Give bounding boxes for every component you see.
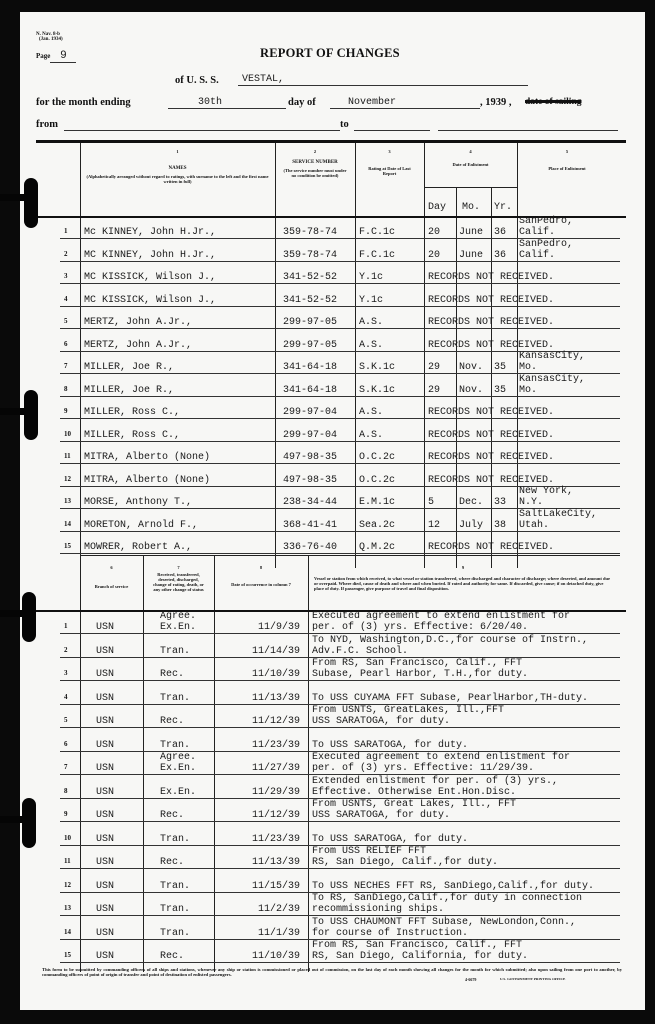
enlist-month-cell: Nov.: [459, 362, 483, 373]
enlist-place-line1: SaltLakeCity,: [519, 509, 597, 520]
to-label: to: [340, 119, 349, 130]
service-number-cell: 341-52-52: [283, 295, 337, 306]
detail-line1: From USS RELIEF FFT: [312, 846, 426, 857]
branch-cell: USN: [96, 834, 114, 845]
row-number: 11: [64, 857, 71, 865]
col-divider: [424, 143, 425, 568]
enlist-place-line2: N.Y.: [519, 497, 543, 508]
detail-line1: To NYD, Washington,D.C.,for course of In…: [312, 635, 588, 646]
page-indicator: Page9: [36, 50, 76, 63]
col6-title: Branch of service: [80, 584, 143, 589]
col3-header: 3 Rating at Date of Last Report: [355, 149, 424, 176]
change-type-cell: Ex.En.: [160, 622, 196, 633]
enlist-place-line1: KansasCity,: [519, 374, 585, 385]
col1-num: 1: [80, 149, 275, 154]
enlist-place-line2: Utah.: [519, 520, 549, 531]
occurrence-date-cell: 11/10/39: [230, 951, 300, 962]
col4-day-header: Day: [428, 202, 446, 213]
change-type-cell: Tran.: [160, 693, 190, 704]
name-cell: MORSE, Anthony T.,: [84, 497, 192, 508]
detail-line1: To RS, SanDiego,Calif.,for duty in conne…: [312, 893, 582, 904]
enlist-place-line1: KansasCity,: [519, 351, 585, 362]
col2-num: 2: [275, 149, 355, 154]
occurrence-date-cell: 11/1/39: [230, 928, 300, 939]
row-number: 14: [64, 520, 71, 528]
change-type-cell: Rec.: [160, 716, 184, 727]
col9-header: 9 Vessel or station from which received,…: [308, 565, 618, 591]
col9-title: Vessel or station from which received, t…: [308, 576, 618, 591]
branch-cell: USN: [96, 763, 114, 774]
col6-num: 6: [80, 565, 143, 570]
row-underline: [60, 821, 620, 822]
col9-num: 9: [308, 565, 618, 570]
branch-cell: USN: [96, 693, 114, 704]
row-number: 2: [64, 646, 68, 654]
change-type-cell: Rec.: [160, 857, 184, 868]
detail-line1: To USS CHAUMONT FFT Subase, NewLondon,Co…: [312, 917, 576, 928]
name-cell: MILLER, Joe R.,: [84, 385, 174, 396]
rating-cell: F.C.1c: [359, 250, 395, 261]
occurrence-date-cell: 11/12/39: [230, 810, 300, 821]
row-number: 8: [64, 385, 68, 393]
detail-line1: Executed agreement to extend enlistment …: [312, 611, 570, 622]
enlist-day-cell: 29: [428, 385, 440, 396]
row-number: 10: [64, 430, 71, 438]
detail-line2: To USS CUYAMA FFT Subase, PearlHarbor,TH…: [312, 693, 588, 704]
rating-cell: O.C.2c: [359, 475, 395, 486]
detail-line2: Subase, Pearl Harbor, T.H.,for duty.: [312, 669, 528, 680]
col3-num: 3: [355, 149, 424, 154]
name-cell: MERTZ, John A.Jr.,: [84, 317, 192, 328]
name-cell: MILLER, Ross C.,: [84, 430, 180, 441]
row-number: 13: [64, 497, 71, 505]
row-underline: [60, 531, 620, 532]
document-page: N. Nav. 8-b (Jan. 1934) Page9 REPORT OF …: [20, 12, 645, 1010]
branch-cell: USN: [96, 740, 114, 751]
row-underline: [60, 680, 620, 681]
service-number-cell: 341-52-52: [283, 272, 337, 283]
col2-title: SERVICE NUMBER: [275, 160, 355, 165]
rating-cell: A.S.: [359, 430, 383, 441]
occurrence-date-cell: 11/9/39: [230, 622, 300, 633]
detail-line1: From RS, San Francisco, Calif., FFT: [312, 940, 522, 951]
service-number-cell: 336-76-40: [283, 542, 337, 553]
occurrence-date-cell: 11/2/39: [230, 904, 300, 915]
row-underline: [60, 553, 620, 554]
enlist-place-line1: SanPedro,: [519, 239, 573, 250]
occurrence-date-cell: 11/10/39: [230, 669, 300, 680]
day-value: 30th: [168, 97, 222, 108]
name-cell: MITRA, Alberto (None): [84, 452, 210, 463]
row-number: 1: [64, 227, 68, 235]
enlist-place-line2: Mo.: [519, 362, 537, 373]
records-status-cell: RECORDS NOT RECEIVED.: [428, 272, 554, 283]
row-number: 6: [64, 340, 68, 348]
enlist-month-cell: Dec.: [459, 497, 483, 508]
col-divider: [456, 187, 457, 568]
detail-line2: RS, San Diego, California, for duty.: [312, 951, 528, 962]
col7-title: Received, transferred, deserted, dischar…: [143, 572, 214, 592]
records-status-cell: RECORDS NOT RECEIVED.: [428, 475, 554, 486]
enlist-day-cell: 5: [428, 497, 434, 508]
branch-cell: USN: [96, 857, 114, 868]
rating-cell: S.K.1c: [359, 385, 395, 396]
day-field: 30th: [168, 97, 286, 109]
enlist-month-cell: June: [459, 227, 483, 238]
service-number-cell: 359-78-74: [283, 250, 337, 261]
detail-line1: From USNTS, GreatLakes, Ill.,FFT: [312, 705, 504, 716]
row-number: 3: [64, 272, 68, 280]
enlist-year-cell: 36: [494, 227, 506, 238]
rating-cell: Q.M.2c: [359, 542, 395, 553]
binder-hole-icon: [24, 178, 38, 228]
from-field: [64, 130, 340, 131]
col2-header: 2 SERVICE NUMBER (The service number mus…: [275, 149, 355, 178]
rating-cell: Y.1c: [359, 272, 383, 283]
name-cell: MORETON, Arnold F.,: [84, 520, 198, 531]
service-number-cell: 299-97-04: [283, 430, 337, 441]
change-type-cell: Tran.: [160, 881, 190, 892]
records-status-cell: RECORDS NOT RECEIVED.: [428, 317, 554, 328]
row-number: 11: [64, 452, 71, 460]
enlist-month-cell: June: [459, 250, 483, 261]
rating-cell: Sea.2c: [359, 520, 395, 531]
rating-cell: S.K.1c: [359, 362, 395, 373]
records-status-cell: RECORDS NOT RECEIVED.: [428, 340, 554, 351]
footer-text: This form to be submitted by commanding …: [42, 967, 622, 977]
row-number: 15: [64, 951, 71, 959]
records-status-cell: RECORDS NOT RECEIVED.: [428, 542, 554, 553]
binder-hole-icon: [22, 798, 36, 848]
row-number: 7: [64, 362, 68, 370]
change-type-cell: Tran.: [160, 740, 190, 751]
month-field: November: [330, 97, 480, 109]
change-line1: Agree.: [160, 752, 196, 763]
change-type-cell: Tran.: [160, 928, 190, 939]
struck-text: date of sailing: [525, 97, 581, 107]
occurrence-date-cell: 11/15/39: [230, 881, 300, 892]
rating-cell: F.C.1c: [359, 227, 395, 238]
col4-title: Date of Enlistment: [424, 162, 517, 167]
change-type-cell: Tran.: [160, 646, 190, 657]
page-title: REPORT OF CHANGES: [260, 46, 400, 61]
occurrence-date-cell: 11/14/39: [230, 646, 300, 657]
occurrence-date-cell: 11/13/39: [230, 693, 300, 704]
row-number: 3: [64, 669, 68, 677]
col-divider: [517, 143, 518, 568]
branch-cell: USN: [96, 646, 114, 657]
col-divider: [275, 143, 276, 568]
row-number: 5: [64, 716, 68, 724]
footer-instructions: This form to be submitted by commanding …: [42, 967, 622, 977]
detail-line1: Extended enlistment for per. of (3) yrs.…: [312, 776, 558, 787]
detail-line2: per. of (3) yrs. Effective: 6/20/40.: [312, 622, 528, 633]
detail-line2: Effective. Otherwise Ent.Hon.Disc.: [312, 787, 516, 798]
detail-line1: From RS, San Francisco, Calif., FFT: [312, 658, 522, 669]
col8-title: Date of occurrence in column 7: [214, 582, 308, 587]
row-number: 12: [64, 881, 71, 889]
enlist-place-line2: Calif.: [519, 250, 555, 261]
row-underline: [60, 727, 620, 728]
enlist-place-line1: SanPedro,: [519, 216, 573, 227]
branch-cell: USN: [96, 951, 114, 962]
row-number: 2: [64, 250, 68, 258]
col4-header: 4 Date of Enlistment: [424, 149, 517, 167]
detail-line2: To USS SARATOGA, for duty.: [312, 740, 468, 751]
name-cell: MILLER, Ross C.,: [84, 407, 180, 418]
printer-name: U.S. GOVERNMENT PRINTING OFFICE: [500, 977, 565, 981]
enlist-year-cell: 36: [494, 250, 506, 261]
row-number: 5: [64, 317, 68, 325]
row-underline: [60, 306, 620, 307]
row-underline: [60, 441, 620, 442]
change-type-cell: Ex.En.: [160, 763, 196, 774]
branch-cell: USN: [96, 904, 114, 915]
form-date-text: (Jan. 1934): [36, 37, 63, 42]
form-number: N. Nav. 8-b (Jan. 1934): [36, 32, 63, 42]
row-number: 4: [64, 295, 68, 303]
name-cell: MC KISSICK, Wilson J.,: [84, 295, 216, 306]
ship-label: of U. S. S.: [175, 75, 219, 86]
binder-hole-icon: [24, 390, 38, 440]
page-number: 9: [50, 50, 76, 63]
row-number: 7: [64, 763, 68, 771]
change-type-cell: Rec.: [160, 951, 184, 962]
table-left-border: [80, 143, 81, 568]
branch-cell: USN: [96, 928, 114, 939]
service-number-cell: 368-41-41: [283, 520, 337, 531]
name-cell: MITRA, Alberto (None): [84, 475, 210, 486]
occurrence-date-cell: 11/23/39: [230, 834, 300, 845]
row-number: 14: [64, 928, 71, 936]
detail-line1: From USNTS, Great Lakes, Ill., FFT: [312, 799, 516, 810]
name-cell: MC KINNEY, John H.Jr.,: [84, 250, 216, 261]
col1-title: NAMES: [80, 166, 275, 171]
enlist-year-cell: 33: [494, 497, 506, 508]
detail-line2: Adv.F.C. School.: [312, 646, 408, 657]
row-underline: [60, 868, 620, 869]
detail-line1: Executed agreement to extend enlistment …: [312, 752, 570, 763]
enlist-year-cell: 35: [494, 385, 506, 396]
detail-line2: for course of Instruction.: [312, 928, 468, 939]
service-number-cell: 299-97-04: [283, 407, 337, 418]
row-underline: [60, 463, 620, 464]
col-divider: [308, 555, 309, 972]
detail-line2: To USS SARATOGA, for duty.: [312, 834, 468, 845]
change-type-cell: Rec.: [160, 669, 184, 680]
change-type-cell: Ex.En.: [160, 787, 196, 798]
row-number: 9: [64, 407, 68, 415]
service-number-cell: 299-97-05: [283, 317, 337, 328]
row-number: 8: [64, 787, 68, 795]
branch-cell: USN: [96, 669, 114, 680]
occurrence-date-cell: 11/13/39: [230, 857, 300, 868]
col-divider: [355, 143, 356, 568]
day-of-label: day of: [288, 97, 316, 108]
col-divider: [214, 555, 215, 972]
rating-cell: A.S.: [359, 317, 383, 328]
service-number-cell: 341-64-18: [283, 385, 337, 396]
enlist-day-cell: 20: [428, 227, 440, 238]
row-number: 4: [64, 693, 68, 701]
col5-title: Place of Enlistment: [517, 166, 617, 171]
enlist-place-line2: Calif.: [519, 227, 555, 238]
col1-header: 1 NAMES (Alphabetically arranged without…: [80, 149, 275, 184]
row-underline: [60, 261, 620, 262]
change-line1: Agree.: [160, 611, 196, 622]
col4-yr-header: Yr.: [494, 202, 512, 213]
detail-line2: per. of (3) yrs. Effective: 11/29/39.: [312, 763, 534, 774]
row-underline: [60, 328, 620, 329]
col7-num: 7: [143, 565, 214, 570]
branch-cell: USN: [96, 787, 114, 798]
from-label: from: [36, 119, 58, 130]
row-underline: [60, 418, 620, 419]
col3-title: Rating at Date of Last Report: [355, 166, 424, 176]
ship-name: VESTAL,: [238, 74, 284, 85]
occurrence-date-cell: 11/27/39: [230, 763, 300, 774]
row-number: 9: [64, 810, 68, 818]
enlist-month-cell: July: [459, 520, 483, 531]
to-field-b: [438, 130, 618, 131]
col8-num: 8: [214, 565, 308, 570]
row-underline: [60, 396, 620, 397]
name-cell: Mc KINNEY, John H.Jr.,: [84, 227, 216, 238]
service-number-cell: 359-78-74: [283, 227, 337, 238]
row-number: 13: [64, 904, 71, 912]
print-code: 4-6679: [465, 977, 476, 982]
row-underline: [60, 283, 620, 284]
service-number-cell: 299-97-05: [283, 340, 337, 351]
detail-line2: USS SARATOGA, for duty.: [312, 716, 450, 727]
enlist-day-cell: 12: [428, 520, 440, 531]
rating-cell: A.S.: [359, 340, 383, 351]
rating-cell: Y.1c: [359, 295, 383, 306]
name-cell: MOWRER, Robert A.,: [84, 542, 192, 553]
name-cell: MERTZ, John A.Jr.,: [84, 340, 192, 351]
branch-cell: USN: [96, 810, 114, 821]
records-status-cell: RECORDS NOT RECEIVED.: [428, 430, 554, 441]
to-field-a: [354, 130, 430, 131]
detail-line2: To USS NECHES FFT RS, SanDiego,Calif.,fo…: [312, 881, 594, 892]
row-underline: [60, 962, 620, 963]
enlist-year-cell: 38: [494, 520, 506, 531]
records-status-cell: RECORDS NOT RECEIVED.: [428, 407, 554, 418]
enlist-day-cell: 20: [428, 250, 440, 261]
date-subheader-rule: [424, 187, 517, 188]
col2-note: (The service number must under no condit…: [275, 168, 355, 178]
month-value: November: [330, 97, 396, 108]
change-type-cell: Tran.: [160, 834, 190, 845]
lower-top-rule: [80, 555, 620, 556]
detail-line2: recommissioning ships.: [312, 904, 444, 915]
occurrence-date-cell: 11/12/39: [230, 716, 300, 727]
occurrence-date-cell: 11/29/39: [230, 787, 300, 798]
year-value: , 1939 ,: [480, 97, 512, 108]
rating-cell: O.C.2c: [359, 452, 395, 463]
col8-header: 8 Date of occurrence in column 7: [214, 565, 308, 587]
row-number: 6: [64, 740, 68, 748]
lower-left-border: [80, 555, 81, 972]
row-number: 10: [64, 834, 71, 842]
branch-cell: USN: [96, 716, 114, 727]
enlist-place-line2: Mo.: [519, 385, 537, 396]
branch-cell: USN: [96, 881, 114, 892]
rating-cell: E.M.1c: [359, 497, 395, 508]
page-label: Page: [36, 52, 50, 60]
detail-line2: RS, San Diego, Calif.,for duty.: [312, 857, 498, 868]
records-status-cell: RECORDS NOT RECEIVED.: [428, 452, 554, 463]
col-divider: [491, 187, 492, 568]
col5-num: 5: [517, 149, 617, 154]
records-status-cell: RECORDS NOT RECEIVED.: [428, 295, 554, 306]
col5-header: 5 Place of Enlistment: [517, 149, 617, 171]
enlist-month-cell: Nov.: [459, 385, 483, 396]
binder-hole-icon: [22, 592, 36, 642]
col7-header: 7 Received, transferred, deserted, disch…: [143, 565, 214, 592]
col-divider: [143, 555, 144, 972]
col1-note: (Alphabetically arranged without regard …: [80, 174, 275, 184]
service-number-cell: 238-34-44: [283, 497, 337, 508]
detail-line2: USS SARATOGA, for duty.: [312, 810, 450, 821]
name-cell: MC KISSICK, Wilson J.,: [84, 272, 216, 283]
enlist-place-line1: New York,: [519, 486, 573, 497]
col6-header: 6 Branch of service: [80, 565, 143, 589]
service-number-cell: 341-64-18: [283, 362, 337, 373]
row-number: 12: [64, 475, 71, 483]
col4-mo-header: Mo.: [462, 202, 480, 213]
branch-cell: USN: [96, 622, 114, 633]
occurrence-date-cell: 11/23/39: [230, 740, 300, 751]
col4-num: 4: [424, 149, 517, 154]
row-number: 1: [64, 622, 68, 630]
header-rule: [36, 140, 626, 143]
service-number-cell: 497-98-35: [283, 475, 337, 486]
enlist-year-cell: 35: [494, 362, 506, 373]
change-type-cell: Rec.: [160, 810, 184, 821]
service-number-cell: 497-98-35: [283, 452, 337, 463]
month-ending-label: for the month ending: [36, 97, 131, 108]
row-number: 15: [64, 542, 71, 550]
rating-cell: A.S.: [359, 407, 383, 418]
enlist-day-cell: 29: [428, 362, 440, 373]
name-cell: MILLER, Joe R.,: [84, 362, 174, 373]
ship-name-field: VESTAL,: [238, 74, 528, 86]
change-type-cell: Tran.: [160, 904, 190, 915]
